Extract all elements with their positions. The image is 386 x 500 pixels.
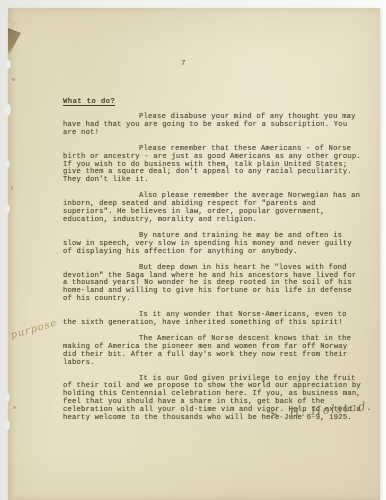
paragraph: But deep down in his heart he "loves wit…: [63, 265, 364, 305]
paragraph: Please remember that these Americans - o…: [63, 146, 364, 186]
handwritten-margin-note: purpose: [9, 318, 58, 342]
paragraph: Please disabuse your mind of any thought…: [63, 114, 364, 138]
typewritten-body: Please disabuse your mind of any thought…: [63, 114, 364, 423]
scanned-document-page: { "colors": { "paper": "#eae2c9", "scan_…: [0, 0, 386, 500]
paper-sheet: 7 What to do? Please disabuse your mind …: [8, 8, 380, 500]
section-heading: What to do?: [63, 98, 364, 106]
paragraph: By nature and training he may be and oft…: [63, 233, 364, 257]
paragraph: Is it any wonder that Norse-Americans, e…: [63, 312, 364, 328]
paragraph: Also please remember the average Norwegi…: [63, 193, 364, 225]
page-number: 7: [63, 8, 364, 68]
page-content: 7 What to do? Please disabuse your mind …: [8, 8, 380, 500]
paragraph: The American of Norse descent knows that…: [63, 336, 364, 368]
